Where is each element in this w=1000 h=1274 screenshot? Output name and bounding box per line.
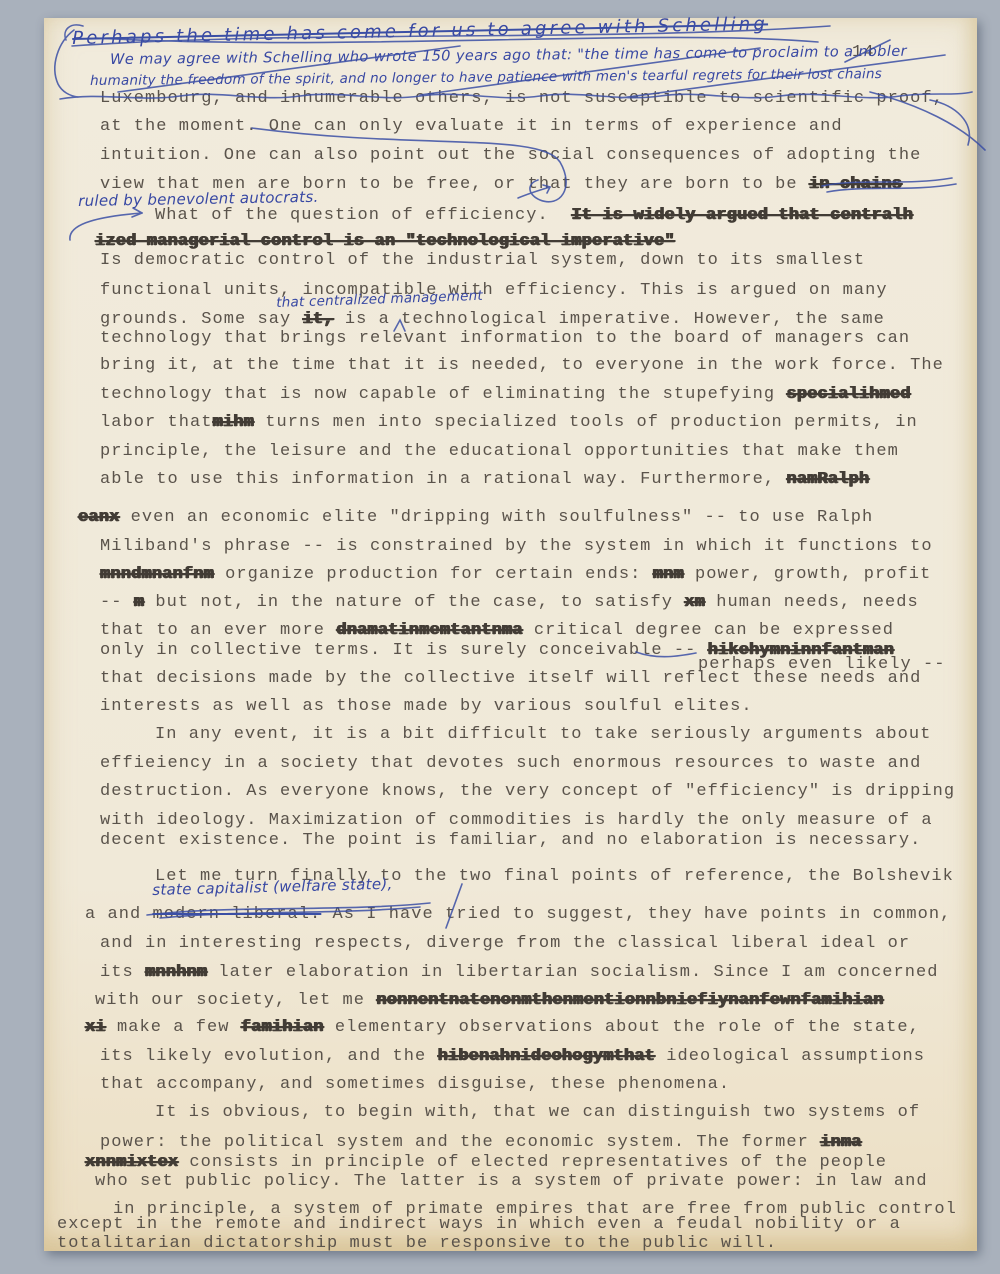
typed-line: power: the political system and the econ… [100, 1133, 862, 1153]
typed-segment: that to an ever more [100, 621, 336, 640]
typed-segment: As I have tried to suggest, they have po… [321, 905, 951, 924]
typed-segment: make a few [106, 1018, 241, 1037]
typed-line: technology that brings relevant informat… [100, 329, 910, 349]
overstruck-segment: mnm [653, 565, 684, 584]
typed-segment: even an economic elite "dripping with so… [119, 508, 873, 527]
typed-line: who set public policy. The latter is a s… [95, 1172, 928, 1192]
typed-segment: What of the question of efficiency. [155, 206, 571, 225]
typed-line: Luxembourg, and inhumerable others, is n… [100, 89, 944, 109]
overstruck-segment: xnnmixtex [85, 1153, 178, 1172]
typed-segment: human needs, needs [705, 593, 919, 612]
typed-line: interests as well as those made by vario… [100, 697, 753, 717]
typed-line: principle, the leisure and the education… [100, 442, 899, 462]
typed-line: destruction. As everyone knows, the very… [100, 782, 955, 802]
overstruck-segment: mihm [213, 413, 254, 432]
typed-segment: technology that is now capable of elimin… [100, 385, 786, 404]
typed-line: labor thatmihm turns men into specialize… [100, 413, 918, 433]
typed-segment: with our society, let me [95, 991, 376, 1010]
overstruck-segment: dnamatinmemtantnma [336, 621, 522, 640]
typed-segment: -- [100, 593, 134, 612]
typed-line: except in the remote and indirect ways i… [57, 1215, 901, 1235]
typed-line: What of the question of efficiency. It i… [155, 206, 913, 226]
overstruck-segment: xm [684, 593, 705, 612]
typed-segment: technology that brings relevant informat… [100, 329, 910, 348]
typed-line: at the moment. One can only evaluate it … [100, 117, 843, 137]
typed-segment: only in collective terms. It is surely c… [100, 641, 708, 660]
typed-segment: grounds. Some say [100, 310, 303, 329]
typed-segment: critical degree can be expressed [523, 621, 894, 640]
overstruck-segment: specialihmed [786, 385, 910, 404]
typed-segment: who set public policy. The latter is a s… [95, 1172, 928, 1191]
overstruck-segment: nonnentnatenonmthenmentionnbniefiynanfew… [376, 991, 883, 1010]
typed-segment: that decisions made by the collective it… [100, 669, 921, 688]
overstruck-segment: in chains [809, 175, 902, 194]
overstruck-segment: xi [85, 1018, 106, 1037]
typed-line: effieiency in a society that devotes suc… [100, 754, 921, 774]
typed-line: its likely evolution, and the hibenahnid… [100, 1047, 925, 1067]
typed-segment: intuition. One can also point out the so… [100, 146, 921, 165]
typed-segment: with ideology. Maximization of commoditi… [100, 811, 933, 830]
typed-segment: except in the remote and indirect ways i… [57, 1215, 901, 1234]
typed-segment: destruction. As everyone knows, the very… [100, 782, 955, 801]
typed-line: eanx even an economic elite "dripping wi… [78, 508, 873, 528]
typed-segment: is a technological imperative. However, … [334, 310, 885, 329]
typed-segment: organize production for certain ends: [214, 565, 653, 584]
typed-segment: effieiency in a society that devotes suc… [100, 754, 921, 773]
typed-segment: power, growth, profit [684, 565, 932, 584]
typed-segment: decent existence. The point is familiar,… [100, 831, 921, 850]
typed-line: ized managerial control is an "technolog… [95, 232, 675, 252]
typed-line: with ideology. Maximization of commoditi… [100, 811, 933, 831]
typed-line: that accompany, and sometimes disguise, … [100, 1075, 730, 1095]
typed-line: intuition. One can also point out the so… [100, 146, 921, 166]
overstruck-segment: m [134, 593, 144, 612]
typed-line: totalitarian dictatorship must be respon… [57, 1234, 777, 1254]
handwritten-annotation-top: humanity the freedom of the spirit, and … [90, 66, 882, 89]
typed-segment: power: the political system and the econ… [100, 1133, 820, 1152]
typed-segment: able to use this information in a ration… [100, 470, 786, 489]
typed-line: xnnmixtex consists in principle of elect… [85, 1153, 887, 1173]
typed-line: mnndmnanfnm organize production for cert… [100, 565, 931, 585]
typed-segment: its likely evolution, and the [100, 1047, 438, 1066]
typed-segment: elementary observations about the role o… [324, 1018, 920, 1037]
typed-line: It is obvious, to begin with, that we ca… [155, 1103, 920, 1123]
typed-line: with our society, let me nonnentnatenonm… [95, 991, 884, 1011]
typed-segment: Luxembourg, and inhumerable others, is n… [100, 89, 944, 108]
typed-line: decent existence. The point is familiar,… [100, 831, 921, 851]
typed-segment: Miliband's phrase -- is constrained by t… [100, 537, 933, 556]
typed-line: a and modern liberal. As I have tried to… [85, 905, 951, 925]
typed-segment: principle, the leisure and the education… [100, 442, 899, 461]
typed-segment: In any event, it is a bit difficult to t… [155, 725, 931, 744]
handwritten-annotation-top: We may agree with Schelling who wrote 15… [110, 44, 907, 68]
typed-segment: ideological assumptions [655, 1047, 925, 1066]
overstruck-segment: inma [820, 1133, 861, 1152]
typed-segment: bring it, at the time that it is needed,… [100, 356, 944, 375]
typed-line: technology that is now capable of elimin… [100, 385, 911, 405]
overstruck-segment: hibenahnideohogymthat [438, 1047, 655, 1066]
typed-segment: It is obvious, to begin with, that we ca… [155, 1103, 920, 1122]
overstruck-segment: namRalph [786, 470, 869, 489]
overstruck-segment: mnnhnm [145, 963, 207, 982]
desk-background: { "document": { "page_number": "14", "in… [0, 0, 1000, 1274]
typed-segment: Is democratic control of the industrial … [100, 251, 865, 270]
typed-line: its mnnhnm later elaboration in libertar… [100, 963, 939, 983]
typed-segment: totalitarian dictatorship must be respon… [57, 1234, 777, 1253]
typed-line: and in interesting respects, diverge fro… [100, 934, 910, 954]
typed-segment: consists in principle of elected represe… [178, 1153, 887, 1172]
typed-segment: later elaboration in libertarian sociali… [207, 963, 938, 982]
typed-segment: functional units, incompatible with effi… [100, 281, 888, 300]
typed-line: Is democratic control of the industrial … [100, 251, 865, 271]
typed-line: bring it, at the time that it is needed,… [100, 356, 944, 376]
typed-segment: but not, in the nature of the case, to s… [144, 593, 684, 612]
typed-line: xi make a few famihian elementary observ… [85, 1018, 920, 1038]
typed-line: that to an ever more dnamatinmemtantnma … [100, 621, 894, 641]
typed-line: -- m but not, in the nature of the case,… [100, 593, 919, 613]
typed-segment: its [100, 963, 145, 982]
overstruck-segment: famihian [241, 1018, 324, 1037]
typed-line: grounds. Some say it, is a technological… [100, 310, 885, 330]
typed-segment: a and [85, 905, 153, 924]
typed-segment: turns men into specialized tools of prod… [254, 413, 918, 432]
overstruck-segment: ized managerial control is an "technolog… [95, 232, 675, 251]
typed-segment: labor that [100, 413, 213, 432]
typed-segment: and in interesting respects, diverge fro… [100, 934, 910, 953]
handwritten-annotation-top: Perhaps the time has come for us to agre… [72, 13, 768, 49]
overstruck-segment: It is widely argued that centralh [571, 206, 913, 225]
typed-line: Miliband's phrase -- is constrained by t… [100, 537, 933, 557]
typed-line: functional units, incompatible with effi… [100, 281, 888, 301]
ink-struck-segment: modern liberal. [153, 905, 322, 924]
typed-line: able to use this information in a ration… [100, 470, 869, 490]
typed-segment: at the moment. One can only evaluate it … [100, 117, 843, 136]
typescript-text-layer: 14 Luxembourg, and inhumerable others, i… [0, 0, 1000, 1274]
overstruck-segment: it, [303, 310, 334, 329]
typed-line: that decisions made by the collective it… [100, 669, 921, 689]
typed-segment: interests as well as those made by vario… [100, 697, 753, 716]
typed-segment: that accompany, and sometimes disguise, … [100, 1075, 730, 1094]
typed-line: In any event, it is a bit difficult to t… [155, 725, 931, 745]
overstruck-segment: mnndmnanfnm [100, 565, 214, 584]
overstruck-segment: eanx [78, 508, 119, 527]
